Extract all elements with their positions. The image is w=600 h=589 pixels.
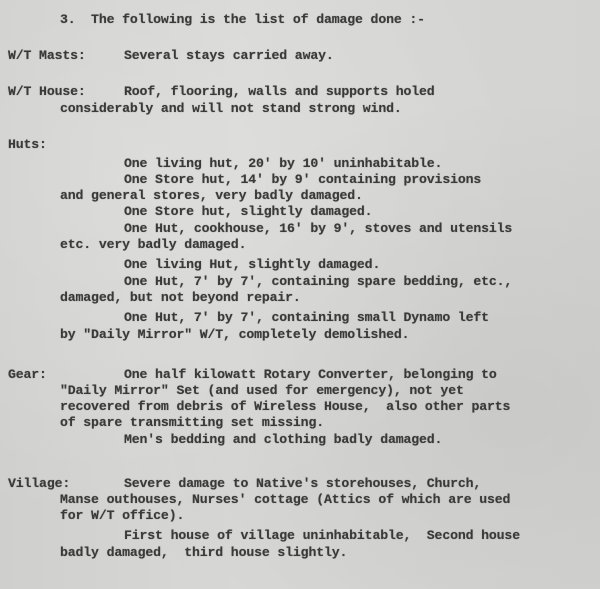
section-label-huts: Huts: <box>8 137 47 153</box>
section-text: One Hut, cookhouse, 16' by 9', stoves an… <box>124 221 512 237</box>
section-text: One living hut, 20' by 10' uninhabitable… <box>124 156 442 172</box>
section-text: First house of village uninhabitable, Se… <box>124 528 520 544</box>
section-text: badly damaged, third house slightly. <box>60 545 347 561</box>
section-text: One Store hut, slightly damaged. <box>124 204 372 220</box>
section-label-gear: Gear: <box>8 367 47 383</box>
typewritten-document: 3. The following is the list of damage d… <box>0 0 600 589</box>
section-text: Men's bedding and clothing badly damaged… <box>124 432 442 448</box>
section-text: recovered from debris of Wireless House,… <box>60 399 510 415</box>
section-text: Roof, flooring, walls and supports holed <box>124 84 435 100</box>
section-text: damaged, but not beyond repair. <box>60 290 301 306</box>
document-heading: 3. The following is the list of damage d… <box>60 12 425 28</box>
section-text: by "Daily Mirror" W/T, completely demoli… <box>60 327 409 343</box>
section-text: etc. very badly damaged. <box>60 237 246 253</box>
section-text: "Daily Mirror" Set (and used for emergen… <box>60 383 464 399</box>
section-text: One Store hut, 14' by 9' containing prov… <box>124 172 481 188</box>
section-label-wt-house: W/T House: <box>8 84 86 100</box>
section-text: One half kilowatt Rotary Converter, belo… <box>124 367 497 383</box>
section-text: for W/T office). <box>60 508 184 524</box>
section-text: One living Hut, slightly damaged. <box>124 257 380 273</box>
section-text: Manse outhouses, Nurses' cottage (Attics… <box>60 492 510 508</box>
section-text: One Hut, 7' by 7', containing small Dyna… <box>124 310 489 326</box>
section-text: One Hut, 7' by 7', containing spare bedd… <box>124 274 512 290</box>
section-text: of spare transmitting set missing. <box>60 415 324 431</box>
section-text: and general stores, very badly damaged. <box>60 188 363 204</box>
section-label-village: Village: <box>8 476 70 492</box>
section-text: Several stays carried away. <box>124 48 334 64</box>
section-label-wt-masts: W/T Masts: <box>8 48 86 64</box>
section-text: considerably and will not stand strong w… <box>60 101 402 117</box>
section-text: Severe damage to Native's storehouses, C… <box>124 476 481 492</box>
